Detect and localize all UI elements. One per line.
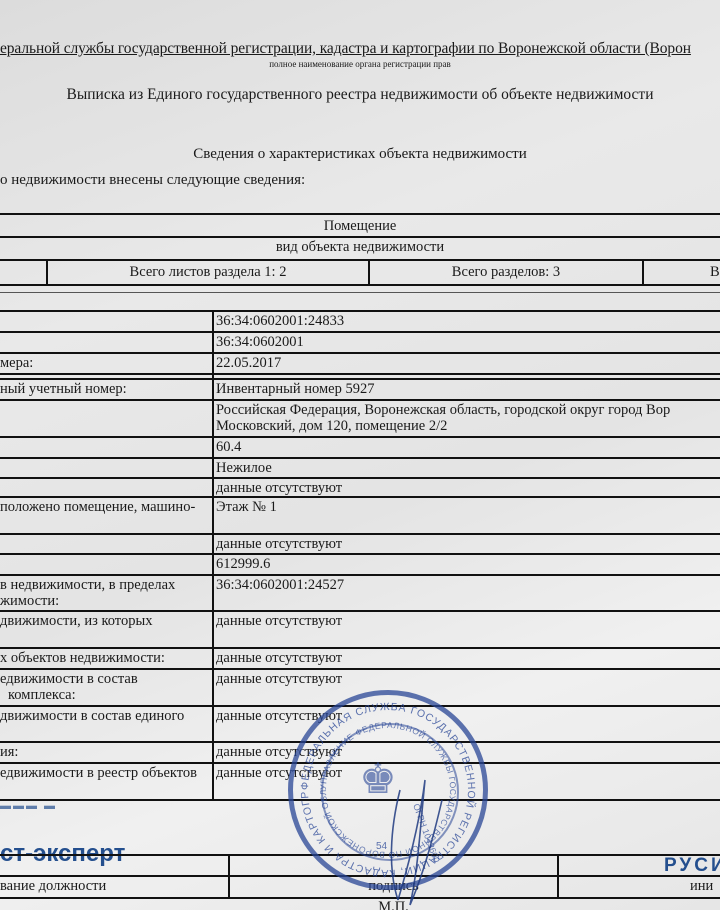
handwritten-signature bbox=[380, 770, 450, 910]
initials-caption: ини bbox=[690, 878, 713, 895]
floor: Этаж № 1 bbox=[216, 499, 277, 516]
row-value: данные отсутствуют bbox=[216, 536, 342, 553]
column-divider bbox=[212, 310, 214, 801]
row-border bbox=[0, 352, 720, 354]
cadastral-block: 36:34:0602001 bbox=[216, 334, 304, 351]
row-label: ия: bbox=[0, 744, 18, 761]
row-border bbox=[0, 762, 720, 764]
signature-table-border bbox=[0, 875, 720, 877]
row-border bbox=[0, 705, 720, 707]
row-label: в недвижимости, в пределах bbox=[0, 577, 175, 594]
row-label: х объектов недвижимости: bbox=[0, 650, 165, 667]
signature-table-border bbox=[0, 854, 720, 856]
table-border bbox=[0, 259, 720, 261]
object-type: Помещение bbox=[0, 218, 720, 235]
row-value: данные отсутствуют bbox=[216, 765, 342, 782]
inventory-number: Инвентарный номер 5927 bbox=[216, 381, 375, 398]
stamp-logo-right: РУСИ bbox=[664, 855, 720, 877]
row-border bbox=[0, 378, 720, 380]
sections-total: Всего разделов: 3 bbox=[370, 264, 642, 281]
table-border bbox=[0, 292, 720, 293]
row-label: жимости: bbox=[0, 593, 59, 610]
row-label: едвижимости в состав bbox=[0, 671, 138, 688]
row-label: положено помещение, машино- bbox=[0, 499, 195, 516]
authority-caption: полное наименование органа регистрации п… bbox=[0, 59, 720, 69]
object-type-caption: вид объекта недвижимости bbox=[0, 239, 720, 256]
position-caption: вание должности bbox=[0, 878, 106, 895]
row-border bbox=[0, 741, 720, 743]
row-value: данные отсутствуют bbox=[216, 708, 342, 725]
intro-text: о недвижимости внесены следующие сведени… bbox=[0, 172, 305, 189]
row-value: данные отсутствуют bbox=[216, 650, 342, 667]
document-title: Выписка из Единого государственного реес… bbox=[0, 86, 720, 104]
row-border bbox=[0, 310, 720, 312]
row-border bbox=[0, 533, 720, 535]
row-value: данные отсутствуют bbox=[216, 613, 342, 630]
row-label: едвижимости в реестр объектов bbox=[0, 765, 197, 782]
table-border bbox=[642, 259, 644, 284]
row-border bbox=[0, 436, 720, 438]
address-line-2: Московский, дом 120, помещение 2/2 bbox=[216, 418, 447, 435]
area: 60.4 bbox=[216, 439, 241, 456]
table-border bbox=[0, 213, 720, 215]
sheets-total: Всего листов раздела 1: 2 bbox=[48, 264, 368, 281]
row-value: данные отсутствуют bbox=[216, 671, 342, 688]
signature-table-border bbox=[557, 854, 559, 898]
row-label: движимости в состав единого bbox=[0, 708, 184, 725]
row-border bbox=[0, 331, 720, 333]
row-border bbox=[0, 553, 720, 555]
ink-smudge: ▬▬▬ ▬ bbox=[0, 800, 57, 812]
cadastral-value: 612999.6 bbox=[216, 556, 270, 573]
row-value: данные отсутствуют bbox=[216, 744, 342, 761]
row-border bbox=[0, 668, 720, 670]
row-border bbox=[0, 574, 720, 576]
row-border bbox=[0, 457, 720, 459]
table-border bbox=[0, 284, 720, 286]
assignment-date: 22.05.2017 bbox=[216, 355, 281, 372]
registration-authority-name: еральной службы государственной регистра… bbox=[0, 40, 691, 58]
row-border bbox=[0, 399, 720, 401]
row-border bbox=[0, 496, 720, 498]
premises-type: данные отсутствуют bbox=[216, 480, 342, 497]
premises-purpose: Нежилое bbox=[216, 460, 272, 477]
row-border bbox=[0, 610, 720, 612]
row-border bbox=[0, 477, 720, 479]
parent-object-number: 36:34:0602001:24527 bbox=[216, 577, 344, 594]
row-border bbox=[0, 647, 720, 649]
row-label: ный учетный номер: bbox=[0, 381, 127, 398]
table-border bbox=[0, 236, 720, 238]
row-label: мера: bbox=[0, 355, 33, 372]
address-line-1: Российская Федерация, Воронежская област… bbox=[216, 402, 670, 419]
row-label: комплекса: bbox=[8, 687, 76, 704]
section-title: Сведения о характеристиках объекта недви… bbox=[0, 146, 720, 163]
row-border bbox=[0, 799, 720, 801]
row-label: движимости, из которых bbox=[0, 613, 152, 630]
right-cut-text: В bbox=[710, 264, 720, 281]
row-border bbox=[0, 373, 720, 375]
cadastral-number: 36:34:0602001:24833 bbox=[216, 313, 344, 330]
